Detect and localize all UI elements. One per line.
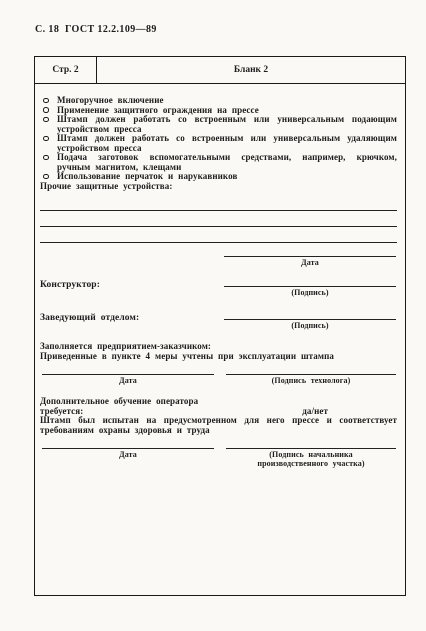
final-date-signature-row: Дата (Подпись начальника производственно… — [40, 448, 397, 468]
option-circle-icon — [43, 107, 49, 113]
customer-section-statement: Приведенные в пункте 4 меры учтены при э… — [40, 352, 397, 362]
constructor-label: Конструктор: — [40, 281, 100, 291]
blank-write-line — [40, 227, 397, 243]
option-circle-icon — [43, 174, 49, 180]
list-item: Штамп должен работать со встроенным или … — [40, 134, 397, 153]
option-label: Использование перчаток и нарукавников — [57, 171, 237, 181]
head-of-department-label: Заведующий отделом: — [40, 314, 139, 324]
page-number-cell: Стр. 2 — [35, 57, 97, 83]
date-label: Дата — [119, 376, 137, 385]
form-content: Многоручное включение Применение защитно… — [35, 84, 405, 468]
option-label: Применение защитного ограждения на пресс… — [57, 105, 259, 115]
other-devices-label: Прочие защитные устройства: — [40, 182, 397, 192]
blank-write-line — [40, 211, 397, 227]
production-chief-signature-field: (Подпись начальника производственного уч… — [226, 448, 396, 468]
list-item: Штамп должен работать со встроенным или … — [40, 115, 397, 134]
form-header-row: Стр. 2 Бланк 2 — [35, 57, 405, 84]
date-label: Дата — [119, 450, 137, 459]
date-field: Дата — [42, 374, 214, 385]
technologist-signature-label: (Подпись технолога) — [272, 376, 351, 385]
blank-title-label: Бланк 2 — [234, 65, 268, 75]
signature-label: (Подпись) — [291, 321, 328, 330]
blank-title-cell: Бланк 2 — [97, 57, 405, 83]
option-label: Многоручное включение — [57, 95, 164, 105]
option-circle-icon — [43, 98, 49, 104]
signature-field: (Подпись) — [224, 319, 396, 330]
head-of-department-signature-row: Заведующий отделом: (Подпись) — [40, 314, 397, 330]
option-label: Подача заготовок вспомогательными средст… — [57, 152, 397, 172]
signature-field: (Подпись) — [224, 286, 396, 297]
option-circle-icon — [43, 155, 49, 161]
option-label: Штамп должен работать со встроенным или … — [57, 114, 397, 134]
constructor-signature-row: Конструктор: (Подпись) — [40, 281, 397, 297]
tested-statement: Штамп был испытан на предусмотренном для… — [40, 416, 397, 435]
blank-write-line — [40, 195, 397, 211]
training-line1: Дополнительное обучение оператора — [40, 397, 397, 407]
option-label: Штамп должен работать со встроенным или … — [57, 133, 397, 153]
list-item: Использование перчаток и нарукавников — [40, 172, 397, 182]
technologist-signature-field: (Подпись технолога) — [226, 374, 396, 385]
customer-date-signature-row: Дата (Подпись технолога) — [40, 374, 397, 385]
date-label: Дата — [301, 258, 319, 267]
page-number-label: Стр. 2 — [52, 65, 78, 75]
form-sheet: Стр. 2 Бланк 2 Многоручное включение При… — [34, 56, 406, 596]
safety-options-list: Многоручное включение Применение защитно… — [40, 96, 397, 182]
option-circle-icon — [43, 136, 49, 142]
option-circle-icon — [43, 117, 49, 123]
list-item: Подача заготовок вспомогательными средст… — [40, 153, 397, 172]
date-field: Дата — [224, 256, 396, 267]
date-field: Дата — [42, 448, 214, 468]
signature-label: (Подпись) — [291, 288, 328, 297]
document-header: С. 18 ГОСТ 12.2.109—89 — [35, 24, 157, 35]
production-chief-signature-label: (Подпись начальника производственного уч… — [255, 450, 367, 468]
